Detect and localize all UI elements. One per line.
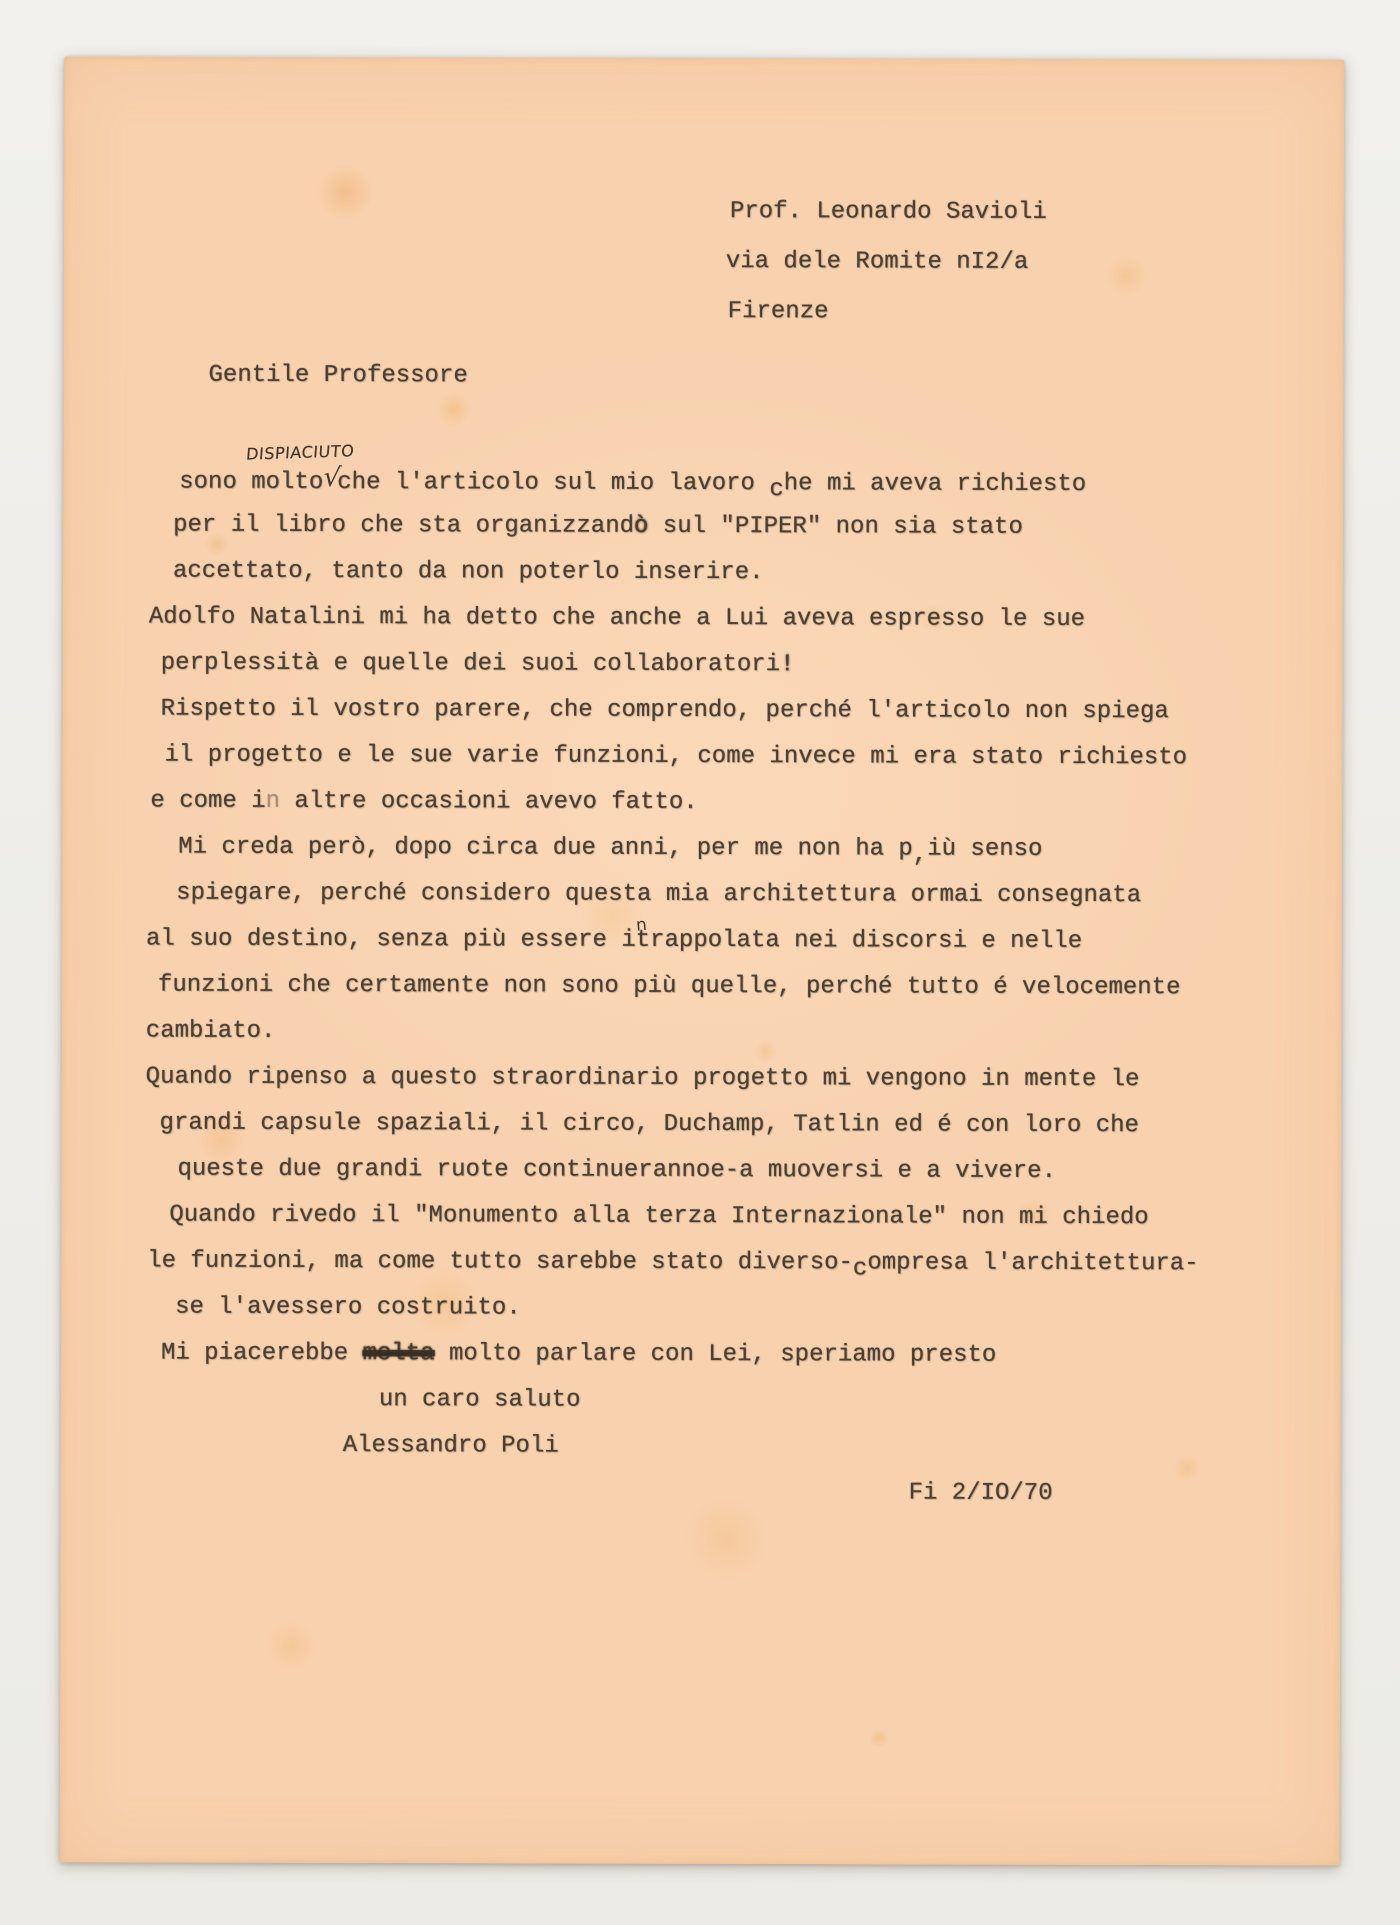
text-segment: , bbox=[913, 841, 927, 871]
closing-salute: un caro saluto bbox=[379, 1385, 581, 1416]
dateline: Fi 2/IO/70 bbox=[909, 1479, 1053, 1509]
text-segment: se l'avessero costruito. bbox=[175, 1294, 521, 1322]
text-segment: grandi capsule spaziali, il circo, Ducha… bbox=[160, 1110, 1139, 1140]
text-segment: Rispetto il vostro parere, che comprendo… bbox=[161, 696, 1169, 726]
body-line: il progetto e le sue varie funzioni, com… bbox=[164, 741, 1187, 774]
body-line: grandi capsule spaziali, il circo, Ducha… bbox=[160, 1109, 1139, 1142]
letter-paper: Prof. Leonardo Saviolivia dele Romite nI… bbox=[60, 56, 1345, 1865]
text-segment: c bbox=[853, 1254, 867, 1284]
body-line: Adolfo Natalini mi ha detto che anche a … bbox=[149, 603, 1085, 635]
text-segment: ò bbox=[634, 513, 648, 540]
struck-word: molta bbox=[363, 1340, 435, 1367]
text-segment: Mi piacerebbe bbox=[161, 1340, 363, 1368]
body-line: Mi creda però, dopo circa due anni, per … bbox=[178, 833, 1042, 865]
body-line: Quando rivedo il "Monumento alla terza I… bbox=[169, 1201, 1148, 1234]
text-segment: iù senso bbox=[927, 836, 1042, 863]
body-line: queste due grandi ruote continuerannoe-a… bbox=[177, 1155, 1056, 1187]
recipient-line: via dele Romite nI2/a bbox=[726, 247, 1029, 278]
text-segment: Mi creda però, dopo circa due anni, per … bbox=[178, 834, 913, 863]
body-line: funzioni che certamente non sono più que… bbox=[158, 971, 1181, 1004]
text-segment: Quando ripenso a questo straordinario pr… bbox=[146, 1064, 1140, 1094]
body-line: Quando ripenso a questo straordinario pr… bbox=[146, 1063, 1140, 1096]
body-line: sono molto√che l'articolo sul mio lavoro… bbox=[179, 465, 1086, 500]
text-segment: trappolata nei discorsi e nelle bbox=[636, 927, 1083, 955]
body-line: Mi piacerebbe molta molto parlare con Le… bbox=[161, 1339, 996, 1371]
text-segment: e come i bbox=[150, 788, 265, 815]
text-segment: he mi aveva richiesto bbox=[784, 470, 1087, 498]
text-segment: sul "PIPER" non sia stato bbox=[648, 513, 1023, 541]
text-segment: le funzioni, ma come tutto sarebbe stato… bbox=[147, 1248, 853, 1277]
body-line: accettato, tanto da non poterlo inserire… bbox=[173, 557, 764, 589]
text-segment: Quando rivedo il "Monumento alla terza I… bbox=[169, 1202, 1148, 1232]
text-segment: n bbox=[266, 788, 280, 815]
text-segment: che l'articolo sul mio lavoro bbox=[337, 469, 769, 497]
body-line: al suo destino, senza più essere intrapp… bbox=[146, 925, 1082, 957]
body-line: e come in altre occasioni avevo fatto. bbox=[150, 787, 697, 818]
recipient-line: Firenze bbox=[728, 297, 829, 327]
handwritten-annotation: DISPIACIUTO bbox=[245, 436, 355, 469]
text-segment: ! bbox=[780, 651, 794, 678]
body-line: se l'avessero costruito. bbox=[175, 1293, 521, 1324]
signature: Alessandro Poli bbox=[343, 1431, 559, 1462]
text-segment: al suo destino, senza più essere i bbox=[146, 926, 636, 954]
body-line: spiegare, perché considero questa mia ar… bbox=[176, 879, 1141, 912]
text-segment: sono molto bbox=[179, 469, 323, 496]
text-segment: per il libro che sta organizzand bbox=[173, 512, 634, 540]
text-segment: spiegare, perché considero questa mia ar… bbox=[176, 880, 1141, 910]
text-segment: funzioni che certamente non sono più que… bbox=[158, 972, 1181, 1002]
body-line: Rispetto il vostro parere, che comprendo… bbox=[161, 695, 1169, 728]
body-line: cambiato. bbox=[146, 1017, 276, 1047]
body-line: le funzioni, ma come tutto sarebbe stato… bbox=[147, 1247, 1198, 1280]
text-segment: Adolfo Natalini mi ha detto che anche a … bbox=[149, 604, 1085, 633]
scan-mat: { "palette": { "mat_color": "#f0efeb", "… bbox=[0, 0, 1400, 1925]
text-segment: accettato, tanto da non poterlo inserire… bbox=[173, 558, 764, 587]
text-segment: perplessità e quelle dei suoi collaborat… bbox=[161, 650, 780, 679]
text-segment: altre occasioni avevo fatto. bbox=[280, 788, 698, 816]
text-segment: molto parlare con Lei, speriamo presto bbox=[435, 1340, 997, 1368]
text-segment: cambiato. bbox=[146, 1018, 276, 1045]
text-segment: queste due grandi ruote continuerannoe-a… bbox=[177, 1156, 1056, 1185]
text-segment: c bbox=[769, 475, 783, 505]
text-segment: il progetto e le sue varie funzioni, com… bbox=[165, 742, 1188, 772]
body-line: perplessità e quelle dei suoi collaborat… bbox=[161, 649, 795, 681]
text-segment: ompresa l'architettura- bbox=[867, 1249, 1198, 1277]
salutation: Gentile Professore bbox=[208, 361, 467, 392]
recipient-line: Prof. Leonardo Savioli bbox=[730, 197, 1047, 228]
body-line: per il libro che sta organizzandò sul "P… bbox=[173, 511, 1023, 543]
